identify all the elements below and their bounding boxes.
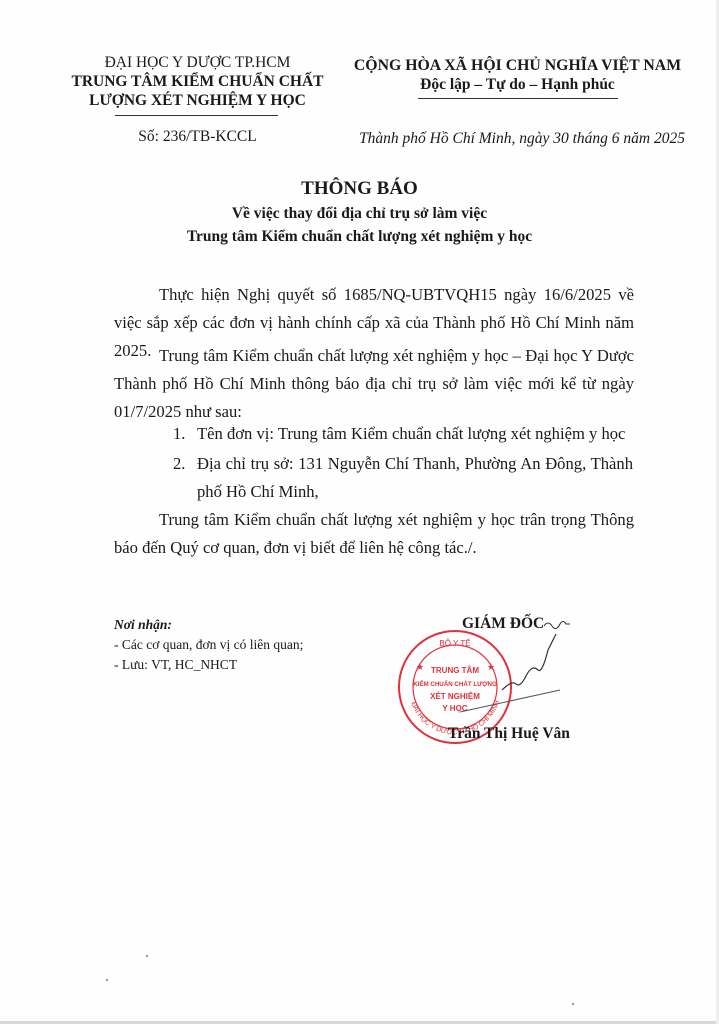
list-number: 1. xyxy=(173,420,197,448)
list-number: 2. xyxy=(173,450,197,506)
signatory-name: Trần Thị Huệ Vân xyxy=(448,725,570,743)
scan-speck xyxy=(146,955,148,957)
scan-speck xyxy=(572,1003,574,1005)
document-subtitle: Về việc thay đổi địa chỉ trụ sở làm việc xyxy=(0,205,719,223)
scan-speck xyxy=(106,979,108,981)
paragraph-text: Trung tâm Kiểm chuẩn chất lượng xét nghi… xyxy=(114,510,634,557)
place-date: Thành phố Hồ Chí Minh, ngày 30 tháng 6 n… xyxy=(345,130,685,148)
university-name: ĐẠI HỌC Y DƯỢC TP.HCM xyxy=(60,53,335,72)
divider xyxy=(418,98,618,99)
list-item: 2.Địa chỉ trụ sở: 131 Nguyễn Chí Thanh, … xyxy=(173,450,633,506)
recipients-heading: Nơi nhận: xyxy=(114,615,303,635)
svg-text:★: ★ xyxy=(416,662,424,672)
document-subtitle: Trung tâm Kiểm chuẩn chất lượng xét nghi… xyxy=(0,228,719,246)
document-number: Số: 236/TB-KCCL xyxy=(60,128,335,146)
issuer-header: ĐẠI HỌC Y DƯỢC TP.HCM TRUNG TÂM KIỂM CHU… xyxy=(60,53,335,110)
body-paragraph: Trung tâm Kiểm chuẩn chất lượng xét nghi… xyxy=(114,342,634,426)
national-motto: Độc lập – Tự do – Hạnh phúc xyxy=(345,75,690,94)
list-text: Địa chỉ trụ sở: 131 Nguyễn Chí Thanh, Ph… xyxy=(197,450,633,506)
paragraph-text: Trung tâm Kiểm chuẩn chất lượng xét nghi… xyxy=(114,346,634,421)
recipient-item: - Các cơ quan, đơn vị có liên quan; xyxy=(114,635,303,655)
recipients-block: Nơi nhận: - Các cơ quan, đơn vị có liên … xyxy=(114,615,303,675)
list-text: Tên đơn vị: Trung tâm Kiểm chuẩn chất lư… xyxy=(197,420,633,448)
center-name-line1: TRUNG TÂM KIỂM CHUẨN CHẤT xyxy=(60,72,335,91)
document-title: THÔNG BÁO xyxy=(0,178,719,200)
body-paragraph: Trung tâm Kiểm chuẩn chất lượng xét nghi… xyxy=(114,506,634,562)
center-name-line2: LƯỢNG XÉT NGHIỆM Y HỌC xyxy=(60,91,335,110)
signatory-title: GIÁM ĐỐC xyxy=(462,615,544,633)
national-header: CỘNG HÒA XÃ HỘI CHỦ NGHĨA VIỆT NAM Độc l… xyxy=(345,56,690,94)
recipient-item: - Lưu: VT, HC_NHCT xyxy=(114,655,303,675)
divider xyxy=(115,115,278,116)
national-title: CỘNG HÒA XÃ HỘI CHỦ NGHĨA VIỆT NAM xyxy=(345,56,690,75)
list-item: 1.Tên đơn vị: Trung tâm Kiểm chuẩn chất … xyxy=(173,420,633,448)
